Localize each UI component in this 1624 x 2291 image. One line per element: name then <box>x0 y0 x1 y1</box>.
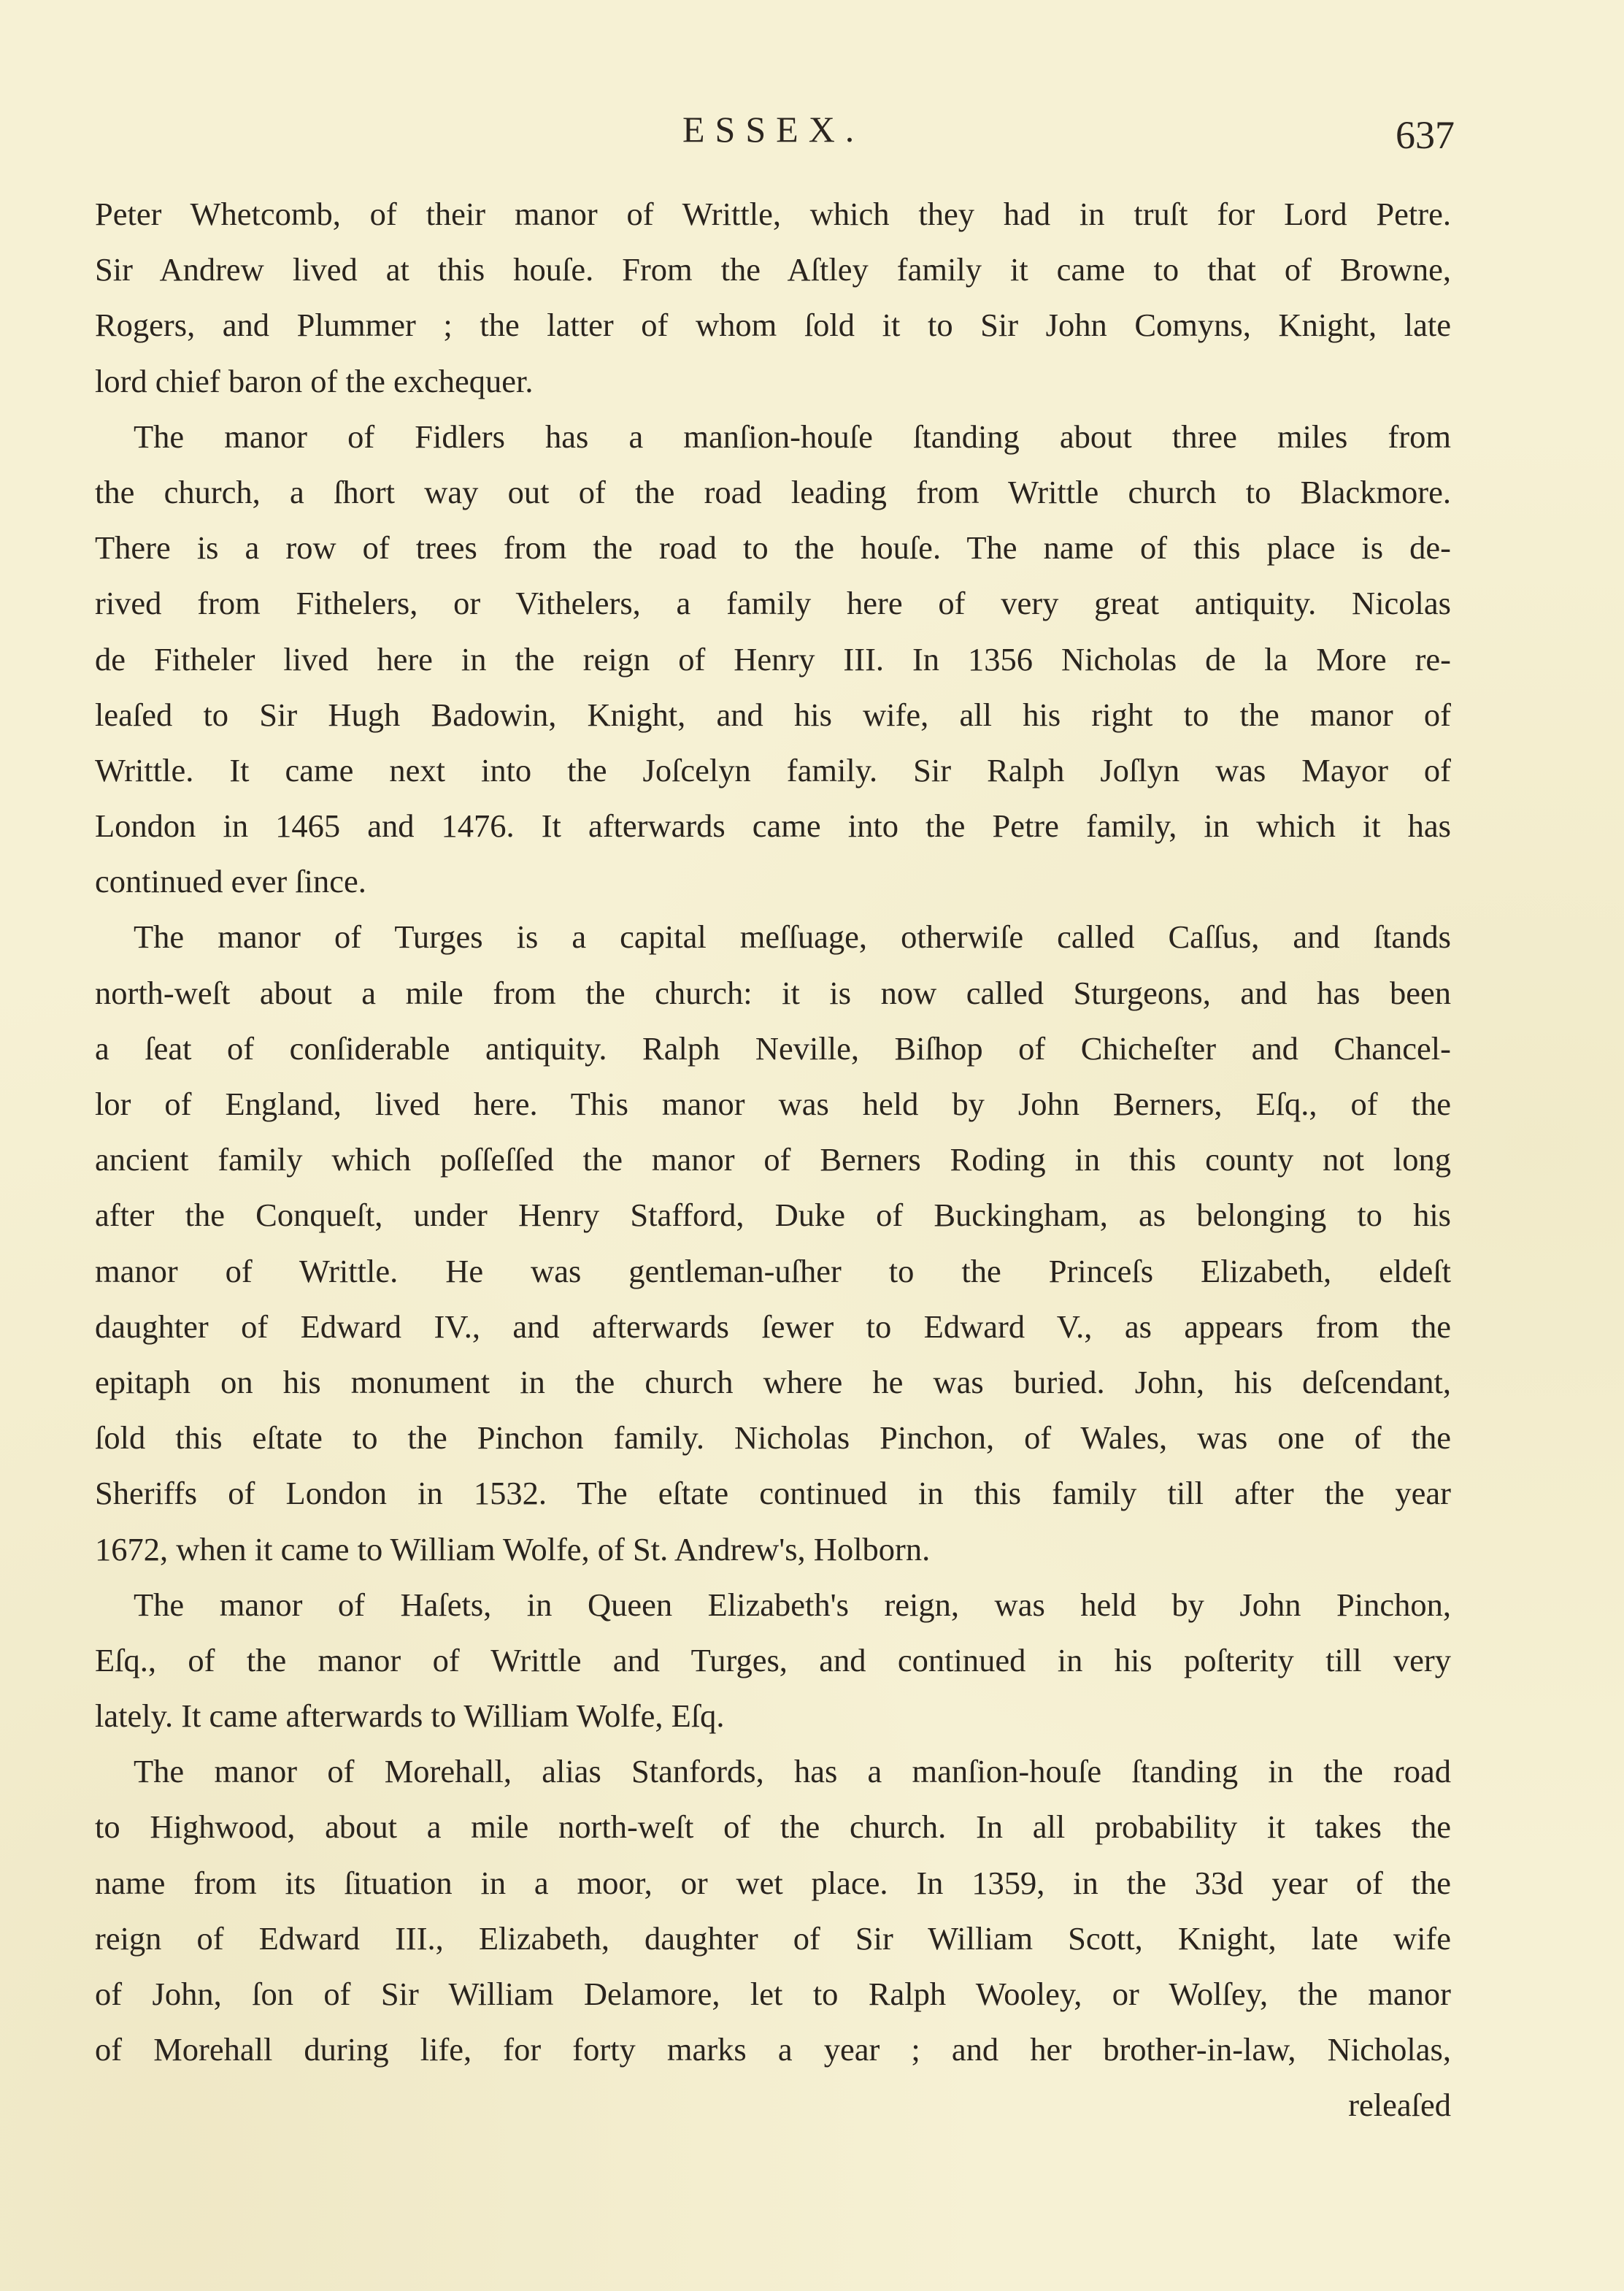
text-line: north-weſt about a mile from the church:… <box>95 965 1451 1021</box>
text-line: Eſq., of the manor of Writtle and Turges… <box>95 1632 1451 1688</box>
text-line: continued ever ſince. <box>95 853 1451 909</box>
text-line: Sheriffs of London in 1532. The eſtate c… <box>95 1465 1451 1521</box>
text-line: ancient family which poſſeſſed the manor… <box>95 1132 1451 1187</box>
text-line: of John, ſon of Sir William Delamore, le… <box>95 1966 1451 2022</box>
text-line: the church, a ſhort way out of the road … <box>95 464 1451 520</box>
text-line: 1672, when it came to William Wolfe, of … <box>95 1521 1451 1577</box>
text-line: after the Conqueſt, under Henry Stafford… <box>95 1187 1451 1243</box>
text-line: Rogers, and Plummer ; the latter of whom… <box>95 297 1451 353</box>
text-line: There is a row of trees from the road to… <box>95 520 1451 575</box>
text-line: The manor of Fidlers has a manſion-houſe… <box>95 409 1451 464</box>
paragraph: The manor of Haſets, in Queen Elizabeth'… <box>95 1577 1451 1744</box>
paragraph: The manor of Morehall, alias Stanfords, … <box>95 1743 1451 2077</box>
text-line: leaſed to Sir Hugh Badowin, Knight, and … <box>95 687 1451 742</box>
body-text: Peter Whetcomb, of their manor of Writtl… <box>95 186 1451 2133</box>
catchword: releaſed <box>95 2077 1451 2133</box>
text-line: The manor of Turges is a capital meſſuag… <box>95 909 1451 964</box>
text-line: lor of England, lived here. This manor w… <box>95 1076 1451 1132</box>
text-line: London in 1465 and 1476. It afterwards c… <box>95 798 1451 853</box>
paragraph: The manor of Fidlers has a manſion-houſe… <box>95 409 1451 910</box>
book-page: ESSEX. 637 Peter Whetcomb, of their mano… <box>0 0 1624 2291</box>
text-line: manor of Writtle. He was gentleman-uſher… <box>95 1243 1451 1299</box>
text-line: a ſeat of conſiderable antiquity. Ralph … <box>95 1021 1451 1076</box>
page-number: 637 <box>1396 112 1455 158</box>
text-line: lately. It came afterwards to William Wo… <box>95 1688 1451 1743</box>
text-line: lord chief baron of the exchequer. <box>95 353 1451 409</box>
running-head-title: ESSEX. <box>682 108 864 150</box>
running-head: ESSEX. 637 <box>0 108 1624 159</box>
text-line: epitaph on his monument in the church wh… <box>95 1354 1451 1410</box>
text-line: daughter of Edward IV., and afterwards ſ… <box>95 1299 1451 1354</box>
text-line: de Fitheler lived here in the reign of H… <box>95 632 1451 687</box>
paragraph: The manor of Turges is a capital meſſuag… <box>95 909 1451 1576</box>
text-line: of Morehall during life, for forty marks… <box>95 2022 1451 2077</box>
text-line: Peter Whetcomb, of their manor of Writtl… <box>95 186 1451 242</box>
text-line: Writtle. It came next into the Joſcelyn … <box>95 742 1451 798</box>
text-line: reign of Edward III., Elizabeth, daughte… <box>95 1911 1451 1966</box>
text-line: rived from Fithelers, or Vithelers, a fa… <box>95 575 1451 631</box>
text-line: The manor of Morehall, alias Stanfords, … <box>95 1743 1451 1799</box>
text-line: Sir Andrew lived at this houſe. From the… <box>95 242 1451 297</box>
text-line: The manor of Haſets, in Queen Elizabeth'… <box>95 1577 1451 1632</box>
text-line: to Highwood, about a mile north-weſt of … <box>95 1799 1451 1854</box>
text-line: name from its ſituation in a moor, or we… <box>95 1855 1451 1911</box>
text-line: ſold this eſtate to the Pinchon family. … <box>95 1410 1451 1465</box>
paragraph: Peter Whetcomb, of their manor of Writtl… <box>95 186 1451 409</box>
